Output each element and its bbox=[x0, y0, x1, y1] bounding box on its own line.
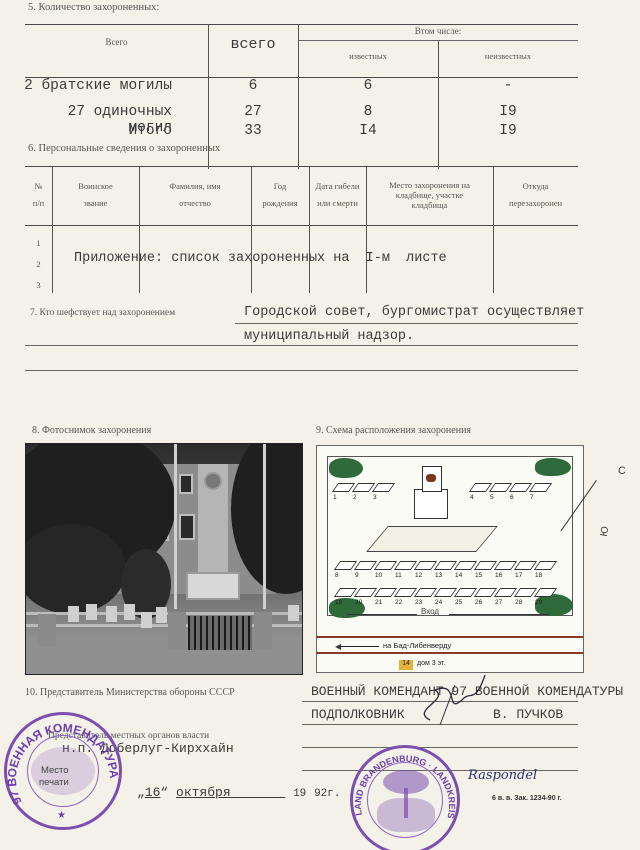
section7-line2: муниципальный надзор. bbox=[244, 329, 414, 344]
table6-top-border bbox=[25, 166, 578, 167]
table6-header-birth-year: Годрождения bbox=[251, 181, 309, 210]
grave-number: 28 bbox=[515, 599, 522, 606]
section8-title: 8. Фотоснимок захоронения bbox=[32, 425, 151, 436]
grave-number: 21 bbox=[375, 599, 382, 606]
grave-number: 20 bbox=[355, 599, 362, 606]
row-number: 1 bbox=[25, 238, 52, 249]
row-number: 3 bbox=[25, 280, 52, 291]
row-known: I4 bbox=[298, 123, 438, 139]
grave-number: 4 bbox=[470, 494, 474, 501]
table5-header-col2: всего bbox=[208, 36, 298, 53]
row-total: 27 bbox=[208, 104, 298, 120]
commandant-rank: ПОДПОЛКОВНИК bbox=[311, 707, 405, 722]
grave-number: 19 bbox=[335, 599, 342, 606]
svg-text:97 ВОЕННАЯ КОМЕНДАТУРА: 97 ВОЕННАЯ КОМЕНДАТУРА bbox=[5, 721, 121, 807]
bush-icon bbox=[535, 458, 571, 476]
svg-text:LAND BRANDENBURG · LANDKREIS F: LAND BRANDENBURG · LANDKREIS FINSTERWALD… bbox=[350, 745, 457, 820]
grave-number: 3 bbox=[373, 494, 377, 501]
grave-number: 22 bbox=[395, 599, 402, 606]
document-page: 5. Количество захороненных: Всего всего … bbox=[0, 0, 640, 850]
table5-header-known: известных bbox=[298, 51, 438, 62]
table5-divider bbox=[298, 24, 299, 169]
section7-label: 7. Кто шефствует над захоронением bbox=[30, 308, 175, 318]
section6-title: 6. Персональные сведения о захороненных bbox=[28, 143, 220, 154]
section7-line1: Городской совет, бургомистрат осуществля… bbox=[244, 305, 584, 320]
row-label: 2 братские могилы bbox=[20, 78, 172, 94]
table6-header-rank: Воинскоезвание bbox=[52, 181, 139, 210]
monument-base bbox=[366, 526, 498, 552]
grave-number: 26 bbox=[475, 599, 482, 606]
road-line bbox=[317, 636, 583, 638]
grave-number: 9 bbox=[355, 572, 359, 579]
grave-number: 8 bbox=[335, 572, 339, 579]
compass-north: С bbox=[618, 465, 626, 477]
row-number: 2 bbox=[25, 259, 52, 270]
table5-header-unknown: неизвестных bbox=[438, 51, 578, 62]
date-day: 16 bbox=[145, 785, 161, 800]
burial-scheme: 1234567891011121314151617181920212223242… bbox=[316, 445, 584, 673]
stamp-ring-text: 97 ВОЕННАЯ КОМЕНДАТУРА bbox=[4, 712, 122, 830]
row-total: 6 bbox=[208, 78, 298, 94]
grave-number: 15 bbox=[475, 572, 482, 579]
grave-number: 6 bbox=[510, 494, 514, 501]
grave-number: 5 bbox=[490, 494, 494, 501]
grave-number: 14 bbox=[455, 572, 462, 579]
grave-number: 10 bbox=[375, 572, 382, 579]
row-total: 33 bbox=[208, 123, 298, 139]
signature-local: Raspondel bbox=[468, 768, 537, 783]
arrow-head-icon: ◀ bbox=[335, 642, 341, 651]
table5-header-group: Втом числе: bbox=[298, 25, 578, 37]
grave-number: 2 bbox=[353, 494, 357, 501]
house-number: 14 bbox=[399, 660, 413, 670]
military-stamp: Место печати ★ 97 ВОЕННАЯ КОМЕНДАТУРА bbox=[4, 712, 122, 830]
emblem-icon bbox=[426, 474, 436, 482]
date-century: 19 bbox=[293, 788, 306, 800]
table6-header-place: Место захоронения накладбище, участкекла… bbox=[366, 180, 493, 211]
grave-number: 7 bbox=[530, 494, 534, 501]
section9-title: 9. Схема расположения захоронения bbox=[316, 425, 471, 436]
grave-number: 11 bbox=[395, 572, 402, 579]
commandant-name: В. ПУЧКОВ bbox=[493, 707, 563, 722]
grave-number: 27 bbox=[495, 599, 502, 606]
table6-header-reburied-from: Откудаперезахоронен bbox=[493, 181, 578, 210]
table6-header-name: Фамилия, имяотчество bbox=[139, 181, 251, 210]
print-footer: 6 в. в. Зак. 1234-90 г. bbox=[492, 795, 562, 802]
row-known: 6 bbox=[298, 78, 438, 94]
compass-south: Ю bbox=[599, 526, 612, 538]
date-line: „16“ октября 19 92г. bbox=[137, 785, 340, 800]
fence-line bbox=[347, 614, 417, 615]
monument-pedestal bbox=[414, 489, 448, 519]
bush-icon bbox=[329, 458, 363, 478]
grave-number: 24 bbox=[435, 599, 442, 606]
grave-number: 25 bbox=[455, 599, 462, 606]
arrow-left-icon bbox=[339, 646, 379, 647]
attachment-note: Приложение: список захороненных на I-м л… bbox=[74, 251, 447, 266]
date-year: 92г. bbox=[314, 788, 340, 800]
table5-header-col1: Всего bbox=[25, 36, 208, 48]
grave-number: 29 bbox=[535, 599, 542, 606]
row-label: Итого bbox=[20, 123, 172, 139]
entrance-label: Вход bbox=[421, 607, 439, 616]
fence-line bbox=[449, 614, 549, 615]
row-unknown: - bbox=[438, 78, 578, 94]
signature-pucchkov bbox=[400, 670, 490, 730]
underline bbox=[25, 370, 578, 371]
grave-number: 12 bbox=[415, 572, 422, 579]
table6-header-border bbox=[25, 225, 578, 226]
road-label: на Бад-Либенверду bbox=[383, 641, 451, 650]
table6-header-number: №п/п bbox=[25, 181, 52, 210]
row-known: 8 bbox=[298, 104, 438, 120]
road-line bbox=[317, 652, 583, 654]
section5-title: 5. Количество захороненных: bbox=[28, 2, 159, 13]
table6-header-death-date: Дата гибелиили смерти bbox=[309, 181, 366, 210]
brandenburg-stamp: LAND BRANDENBURG · LANDKREIS FINSTERWALD… bbox=[350, 745, 460, 850]
grave-number: 16 bbox=[495, 572, 502, 579]
grave-number: 1 bbox=[333, 494, 337, 501]
underline bbox=[235, 323, 578, 324]
grave-number: 18 bbox=[535, 572, 542, 579]
section10-label: 10. Представитель Министерства обороны С… bbox=[25, 687, 235, 698]
burial-photo bbox=[25, 443, 303, 675]
underline bbox=[25, 345, 578, 346]
house-label: дом 3 эт. bbox=[417, 660, 445, 667]
stamp-ring-text: LAND BRANDENBURG · LANDKREIS FINSTERWALD… bbox=[350, 745, 460, 850]
date-month: октября bbox=[176, 785, 231, 800]
row-unknown: I9 bbox=[438, 123, 578, 139]
grave-number: 13 bbox=[435, 572, 442, 579]
row-unknown: I9 bbox=[438, 104, 578, 120]
grave-number: 23 bbox=[415, 599, 422, 606]
grave-number: 17 bbox=[515, 572, 522, 579]
